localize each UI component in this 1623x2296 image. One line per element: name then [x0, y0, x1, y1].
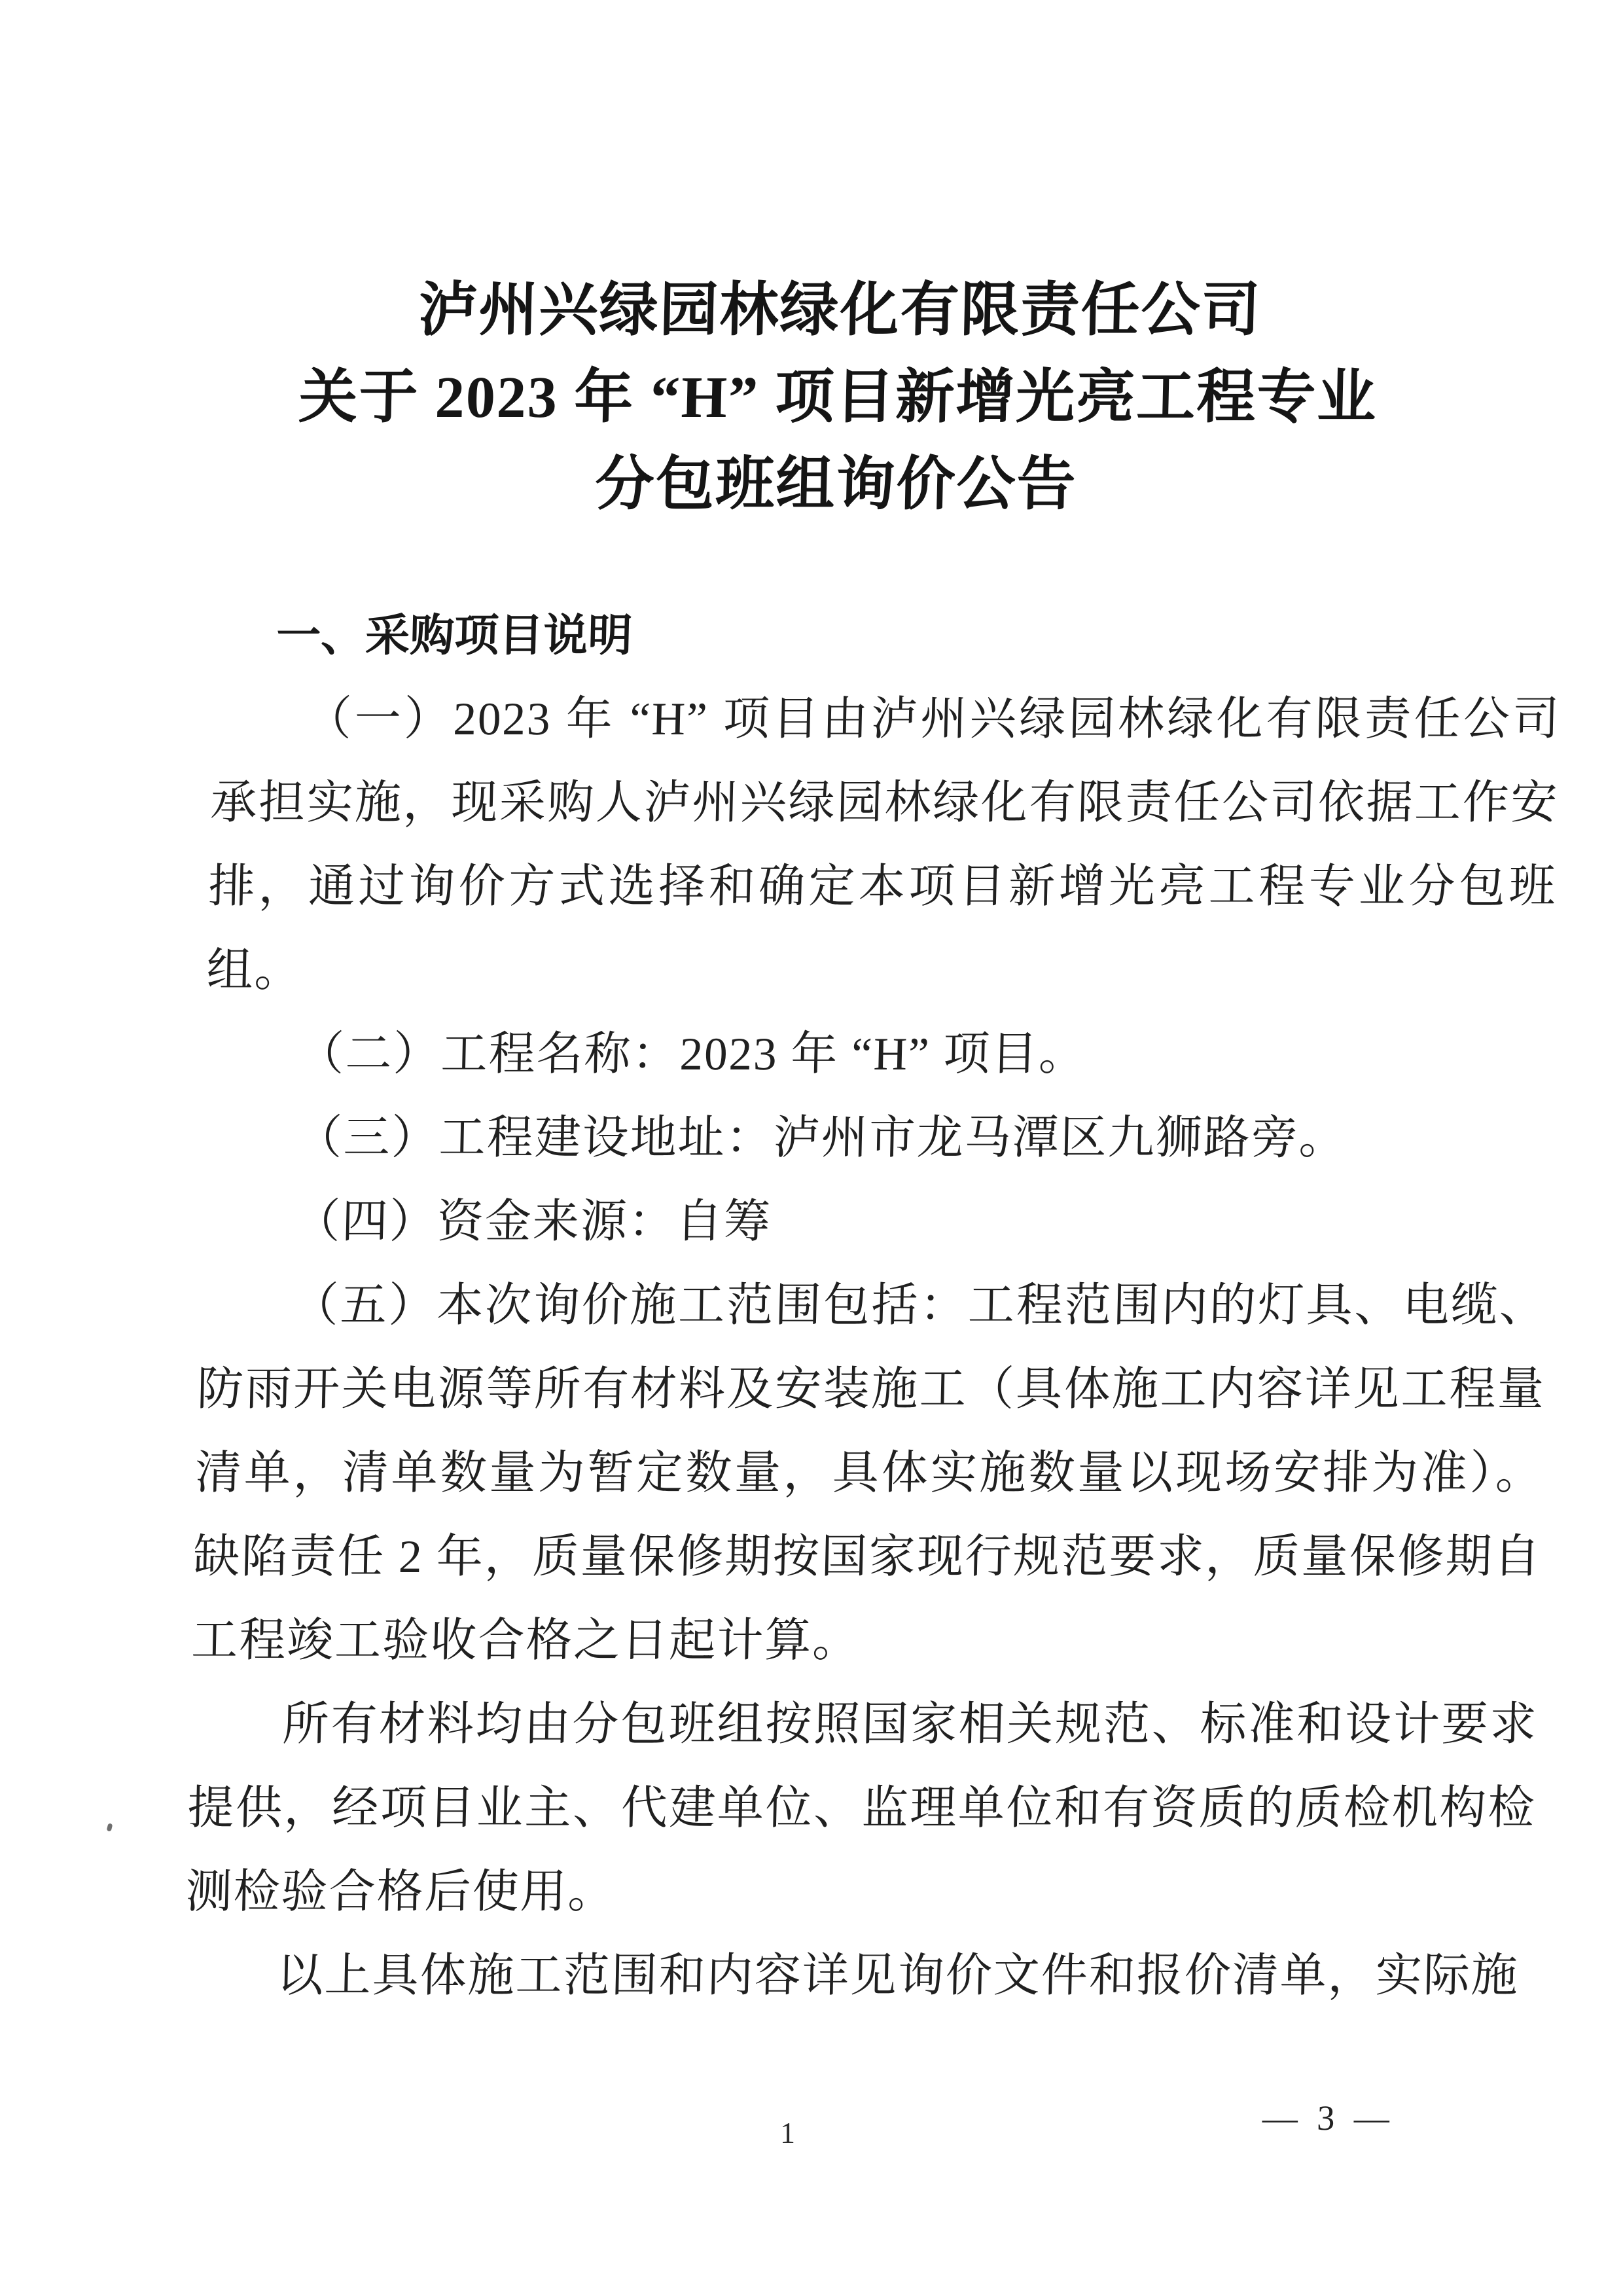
title-line-company: 泸州兴绿园林绿化有限责任公司: [221, 267, 1459, 354]
paragraph-project-name: （二）工程名称：2023 年 “H” 项目。: [204, 1013, 1554, 1096]
page-number: — 3 —: [1230, 2098, 1427, 2138]
paragraph-scope-reference: 以上具体施工范围和内容详见询价文件和报价清单，实际施: [183, 1934, 1533, 2018]
title-line-project: 关于 2023 年 “H” 项目新增光亮工程专业: [219, 354, 1457, 441]
scanned-document-page: 泸州兴绿园林绿化有限责任公司 关于 2023 年 “H” 项目新增光亮工程专业 …: [0, 0, 1623, 2296]
paragraph-project-overview: （一）2023 年 “H” 项目由泸州兴绿园林绿化有限责任公司承担实施，现采购人…: [205, 677, 1561, 1013]
section-heading: 一、采购项目说明: [213, 594, 1563, 677]
paragraph-scope-of-work: （五）本次询价施工范围包括：工程范围内的灯具、电缆、防雨开关电源等所有材料及安装…: [190, 1264, 1548, 1683]
paragraph-funding-source: （四）资金来源：自筹: [200, 1180, 1550, 1264]
paragraph-project-address: （三）工程建设地址：泸州市龙马潭区九狮路旁。: [202, 1096, 1552, 1180]
scan-artifact-dot: [107, 1823, 113, 1831]
paragraph-material-requirements: 所有材料均由分包班组按照国家相关规范、标准和设计要求提供，经项目业主、代建单位、…: [185, 1683, 1539, 1934]
document-title: 泸州兴绿园林绿化有限责任公司 关于 2023 年 “H” 项目新增光亮工程专业 …: [217, 267, 1459, 528]
footnote-number: 1: [780, 2118, 795, 2148]
document-content: 泸州兴绿园林绿化有限责任公司 关于 2023 年 “H” 项目新增光亮工程专业 …: [183, 267, 1571, 2018]
title-line-notice: 分包班组询价公告: [217, 441, 1455, 528]
